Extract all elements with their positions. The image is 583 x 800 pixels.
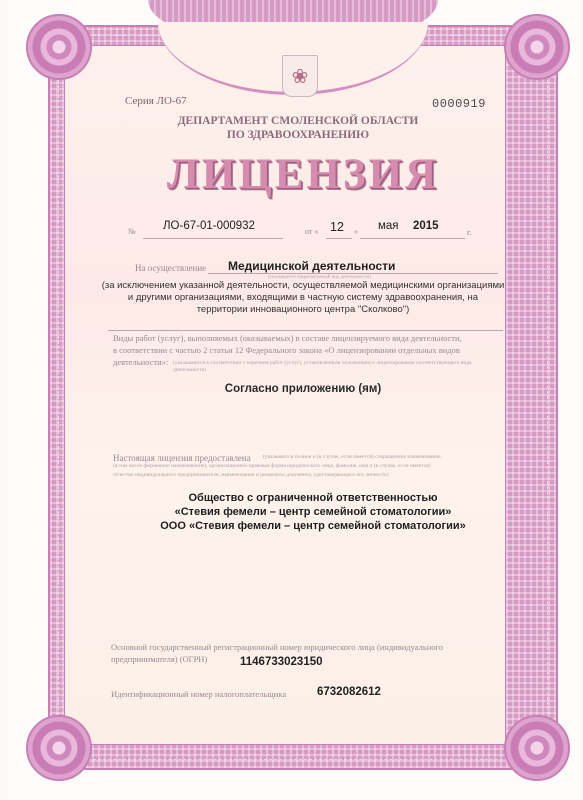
year-suffix: г. (467, 228, 471, 237)
activity-underline (208, 273, 498, 274)
works-divider (108, 330, 503, 331)
activity-label: На осуществление (135, 263, 206, 273)
number-label: № (128, 227, 136, 236)
licensee-name-line-3: ООО «Стевия фемели – центр семейной стом… (118, 519, 508, 533)
activity-note-line-2: и другими организациями, входящими в час… (88, 292, 518, 304)
rosette-icon (504, 715, 570, 781)
licensee-name-line-1: Общество с ограниченной ответственностью (118, 491, 508, 505)
rosette-icon (26, 14, 92, 80)
document-title: ЛИЦЕНЗИЯ (148, 150, 458, 199)
activity-note-line-3: территории инновационного центра "Сколко… (88, 304, 518, 316)
works-fine-print: (указываются в соответствии с перечнем р… (173, 360, 503, 374)
licensee-name-line-2: «Стевия фемели – центр семейной стоматол… (118, 505, 508, 519)
ogrn-label-line-1: Основной государственный регистрационный… (111, 641, 511, 653)
inn-value: 6732082612 (317, 686, 381, 698)
day-underline (326, 238, 352, 239)
number-underline (143, 238, 283, 239)
activity-note: (за исключением указанной деятельности, … (88, 280, 518, 316)
license-year: 2015 (413, 220, 439, 232)
licensee-fine-print-3: отчество индивидуального предпринимателя… (113, 472, 508, 479)
works-text-line-1: Виды работ (услуг), выполняемых (оказыва… (113, 332, 508, 344)
license-number: ЛО-67-01-000932 (163, 220, 255, 232)
date-label: от « (305, 227, 318, 236)
license-month: мая (378, 220, 399, 232)
licensee-fine-print-2: (в том числе фирменное наименование), ор… (113, 463, 508, 470)
licensee-name: Общество с ограниченной ответственностью… (118, 491, 508, 533)
works-text-line-2: в соответствии с частью 2 статьи 12 Феде… (113, 344, 508, 356)
coat-of-arms-icon: ❀ (282, 55, 318, 97)
series-label: Серия ЛО-67 (125, 95, 187, 107)
department-name: ДЕПАРТАМЕНТ СМОЛЕНСКОЙ ОБЛАСТИ ПО ЗДРАВО… (148, 114, 448, 142)
date-close-quote: » (354, 227, 358, 236)
activity-note-line-1: (за исключением указанной деятельности, … (88, 280, 518, 292)
inn-label: Идентификационный номер налогоплательщик… (111, 688, 286, 700)
activity-value: Медицинской деятельности (228, 259, 395, 273)
serial-number: 0000919 (432, 97, 486, 111)
rosette-icon (504, 14, 570, 80)
month-underline (360, 238, 465, 239)
works-value: Согласно приложению (ям) (188, 383, 418, 395)
department-line-1: ДЕПАРТАМЕНТ СМОЛЕНСКОЙ ОБЛАСТИ (148, 114, 448, 128)
license-sheet: ❀ Серия ЛО-67 0000919 ДЕПАРТАМЕНТ СМОЛЕН… (8, 0, 578, 800)
licensee-fine-print-1: (указывается полное и (в случае, если им… (263, 454, 508, 461)
license-day: 12 (330, 220, 344, 234)
ogrn-value: 1146733023150 (240, 656, 323, 668)
department-line-2: ПО ЗДРАВООХРАНЕНИЮ (148, 128, 448, 142)
rosette-icon (26, 715, 92, 781)
